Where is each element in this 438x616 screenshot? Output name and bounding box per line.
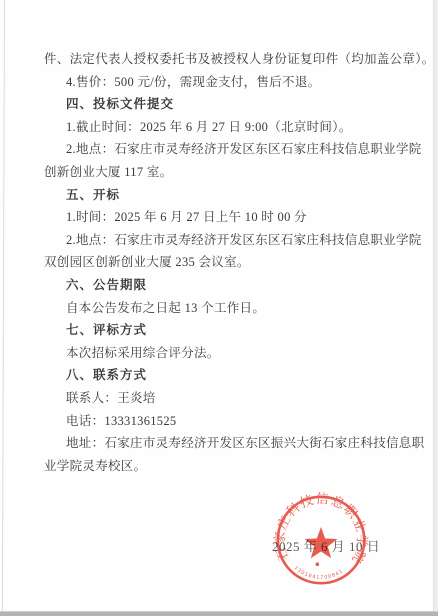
text-line: 双创园区创新创业大厦 235 会议室。 — [44, 251, 399, 274]
page-edge-right — [433, 0, 438, 612]
official-seal: 石家庄科技信息职业学院 1301841700841 — [267, 486, 375, 594]
text-line: 1.时间：2025 年 6 月 27 日上午 10 时 00 分 — [44, 206, 399, 229]
section-heading: 四、投标文件提交 — [44, 93, 399, 116]
phone-line: 电话：13331361525 — [44, 410, 399, 433]
text-line: 本次招标采用综合评分法。 — [44, 342, 399, 365]
text-line: 创新创业大厦 117 室。 — [44, 161, 399, 184]
section-heading: 七、评标方式 — [44, 319, 399, 342]
text-line: 件、法定代表人授权委托书及被授权人身份证复印件（均加盖公章）。 — [44, 48, 399, 71]
document-body: 件、法定代表人授权委托书及被授权人身份证复印件（均加盖公章）。 4.售价：500… — [44, 48, 399, 477]
address-line: 业学院灵寿校区。 — [44, 455, 399, 478]
section-heading: 五、开标 — [44, 184, 399, 207]
scan-shadow-bottom — [0, 611, 438, 616]
text-line: 2.地点：石家庄市灵寿经济开发区东区石家庄科技信息职业学院 — [44, 229, 399, 252]
text-line: 1.截止时间：2025 年 6 月 27 日 9:00（北京时间）。 — [44, 116, 399, 139]
text-line: 2.地点：石家庄市灵寿经济开发区东区石家庄科技信息职业学院 — [44, 138, 399, 161]
text-line: 4.售价：500 元/份，需现金支付，售后不退。 — [44, 71, 399, 94]
section-heading: 八、联系方式 — [44, 364, 399, 387]
seal-star-icon — [305, 527, 338, 558]
address-line: 地址：石家庄市灵寿经济开发区东区振兴大街石家庄科技信息职 — [44, 432, 399, 455]
contact-person-line: 联系人：王炎培 — [44, 387, 399, 410]
seal-dot — [315, 562, 319, 566]
text-line: 自本公告发布之日起 13 个工作日。 — [44, 297, 399, 320]
scanned-page: 件、法定代表人授权委托书及被授权人身份证复印件（均加盖公章）。 4.售价：500… — [0, 0, 438, 616]
page-edge-left — [2, 0, 5, 612]
section-heading: 六、公告期限 — [44, 274, 399, 297]
